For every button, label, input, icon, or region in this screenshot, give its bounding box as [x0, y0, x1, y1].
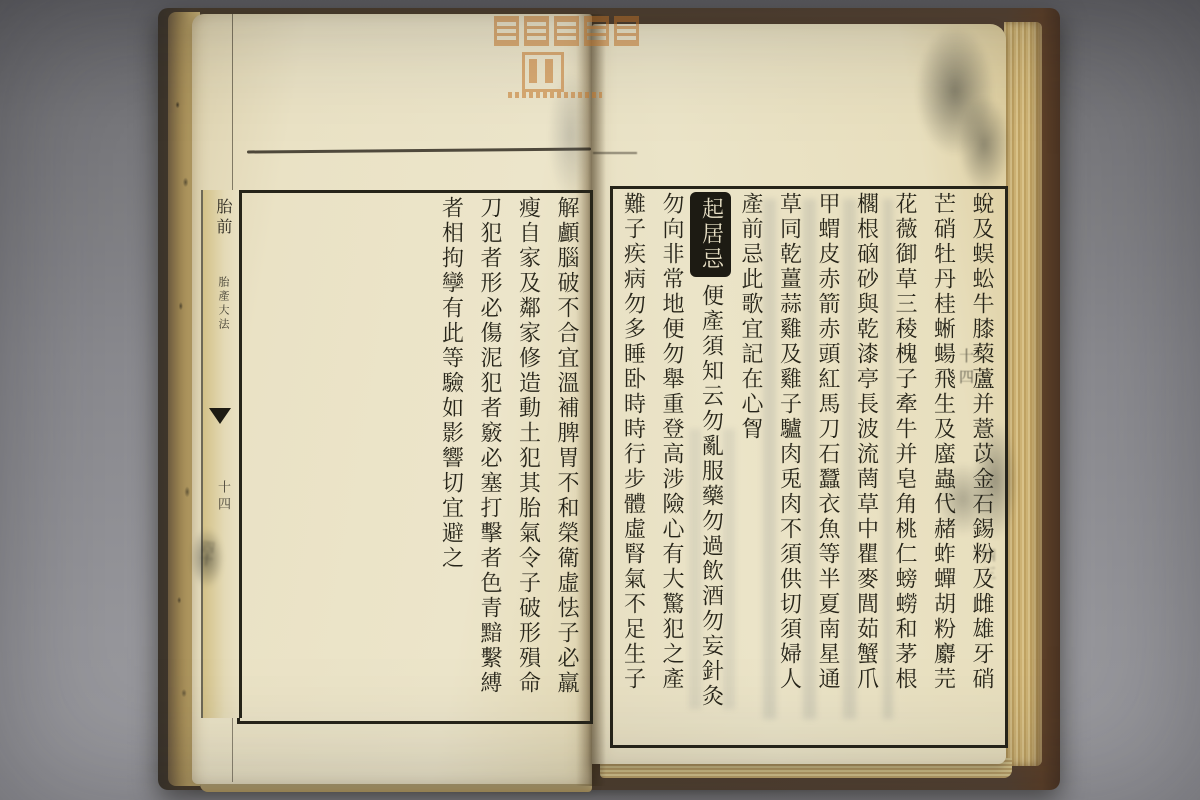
edge-leaf-number: 四三 [978, 548, 998, 584]
watermark-glyph [584, 16, 609, 46]
text-column: 花薇御草三稜槐子牽牛并皂角桃仁螃蟧和茅根 [885, 192, 924, 742]
text-column: 解顱腦破不合宜溫補脾胃不和榮衛虛怯子必羸 [547, 196, 586, 718]
text-column: 草同乾薑蒜雞及雞子驢肉兎肉不須供切須婦人 [769, 192, 808, 742]
watermark-glyph [554, 16, 579, 46]
fold-edge-line [232, 14, 233, 190]
text-column: 甲蝟皮赤箭赤頭紅馬刀石蠶衣魚等半夏南星通 [808, 192, 847, 742]
section-label: 起居忌 [690, 192, 731, 277]
text-column: 刀犯者形必傷泥犯者竅必塞打擊者色青黯繫縛 [470, 196, 509, 718]
fishtail-mark [209, 408, 231, 424]
watermark-glyph [524, 16, 549, 46]
watermark-caption-line [508, 92, 602, 98]
text-column: 難子疾病勿多睡卧時時行步體虛腎氣不足生子 [613, 192, 652, 742]
text-column: 瘦自家及鄰家修造動土犯其胎氣令子破形殞命 [508, 196, 547, 718]
right-text-frame: 蛻及蜈蚣牛膝蔾蘆并薏苡金石錫粉及雌雄牙硝 芒硝牡丹桂蜥蝪飛生及䗪蟲代赭蚱蟬胡粉麝… [610, 186, 1008, 748]
running-title: 胎前 [212, 198, 235, 238]
column-text: 便產須知云勿亂服藥勿過飲酒勿妄針灸 [699, 284, 724, 709]
watermark-seal-icon [522, 52, 564, 92]
text-column: 者相拘孿有此等驗如影響切宜避之 [431, 196, 470, 718]
watermark-glyph-row [494, 16, 639, 46]
text-column: 櫊根硇砂與乾漆亭長波流菵草中瞿麥閭茹蟹爪 [846, 192, 885, 742]
folding-strip: 胎前 胎產大法 十四 [201, 190, 242, 718]
orange-seal-watermark-icon [494, 12, 616, 98]
edge-leaf-number: 十四 [956, 348, 977, 390]
page-crease-line [593, 152, 637, 154]
text-column: 產前忌此歌宜記在心胷 [731, 192, 770, 742]
edge-leaf-number: 四十 [194, 539, 216, 567]
text-column: 芒硝牡丹桂蜥蝪飛生及䗪蟲代赭蚱蟬胡粉麝芫 [923, 192, 962, 742]
leaf-number: 十四 [213, 480, 232, 514]
watermark-glyph [614, 16, 639, 46]
photo-scene: 蛻及蜈蚣牛膝蔾蘆并薏苡金石錫粉及雌雄牙硝 芒硝牡丹桂蜥蝪飛生及䗪蟲代赭蚱蟬胡粉麝… [0, 0, 1200, 800]
text-column-with-section-label: 起居忌便產須知云勿亂服藥勿過飲酒勿妄針灸 [690, 192, 731, 742]
right-text-block: 蛻及蜈蚣牛膝蔾蘆并薏苡金石錫粉及雌雄牙硝 芒硝牡丹桂蜥蝪飛生及䗪蟲代赭蚱蟬胡粉麝… [618, 192, 1000, 742]
fold-edge-line [232, 718, 233, 782]
text-column: 勿向非常地便勿舉重登高涉險心有大驚犯之產 [652, 192, 691, 742]
watermark-glyph [494, 16, 519, 46]
fore-edge-page-stack [1004, 22, 1042, 766]
running-subtitle: 胎產大法 [215, 276, 231, 332]
text-column: 蛻及蜈蚣牛膝蔾蘆并薏苡金石錫粉及雌雄牙硝 [962, 192, 1001, 742]
left-text-frame: 解顱腦破不合宜溫補脾胃不和榮衛虛怯子必羸 瘦自家及鄰家修造動土犯其胎氣令子破形殞… [237, 190, 593, 724]
left-text-block: 解顱腦破不合宜溫補脾胃不和榮衛虛怯子必羸 瘦自家及鄰家修造動土犯其胎氣令子破形殞… [245, 196, 585, 718]
